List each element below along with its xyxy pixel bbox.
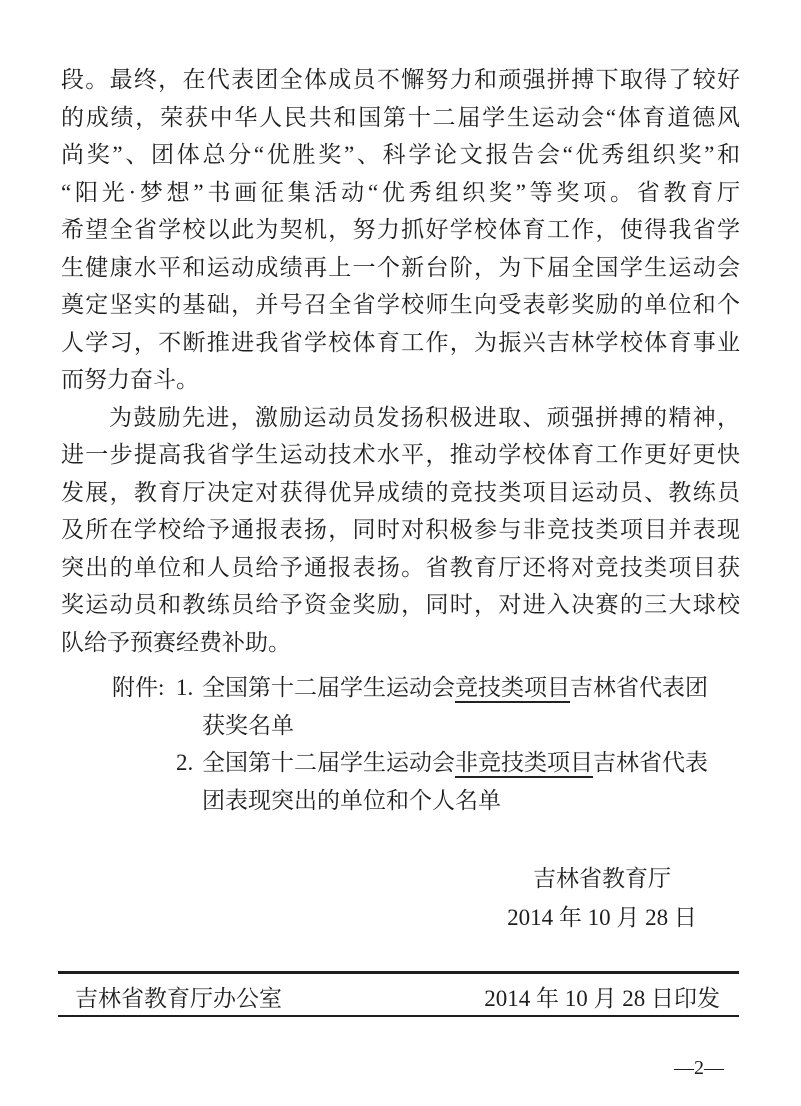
attachment-item-prefix: 全国第十二届学生运动会: [202, 750, 455, 775]
body-line: 突出的单位和人员给予通报表扬。省教育厅还将对竞技类项目获: [61, 549, 740, 587]
footer-office-name: 吉林省教育厅办公室: [58, 980, 282, 1013]
document-body: 段。最终，在代表团全体成员不懈努力和顽强拼搏下取得了较好 的成绩，荣获中华人民共…: [61, 61, 740, 937]
body-line: 进一步提高我省学生运动技术水平，推动学校体育工作更好更快: [61, 436, 740, 474]
footer-print-date: 2014 年 10 月 28 日印发: [484, 980, 739, 1013]
attachment-item-number: 2.: [176, 744, 202, 782]
underlined-text: 竞技类项目: [455, 675, 570, 703]
attachment-item-2-line-2: 团表现突出的单位和个人名单: [202, 782, 740, 820]
paragraph-1: 段。最终，在代表团全体成员不懈努力和顽强拼搏下取得了较好 的成绩，荣获中华人民共…: [61, 61, 740, 399]
attachment-label: 附件:: [112, 669, 176, 819]
footer-rule-bottom: [58, 1015, 739, 1017]
attachment-item-suffix: 吉林省代表: [593, 750, 708, 775]
attachment-item-2-line-1: 2. 全国第十二届学生运动会非竞技类项目吉林省代表: [176, 744, 740, 782]
signature-block: 吉林省教育厅 2014 年 10 月 28 日: [502, 859, 702, 937]
body-line: 希望全省学校以此为契机，努力抓好学校体育工作，使得我省学: [61, 211, 740, 249]
attachment-item-1: 1. 全国第十二届学生运动会竞技类项目吉林省代表团 获奖名单: [176, 669, 740, 744]
body-line: 的成绩，荣获中华人民共和国第十二届学生运动会“体育道德风: [61, 99, 740, 137]
signature-organization: 吉林省教育厅: [502, 859, 702, 898]
attachment-item-suffix: 吉林省代表团: [570, 675, 708, 700]
body-line: 奠定坚实的基础，并号召全省学校师生向受表彰奖励的单位和个: [61, 286, 740, 324]
body-line: 而努力奋斗。: [61, 361, 740, 399]
attachment-item-1-line-1: 1. 全国第十二届学生运动会竞技类项目吉林省代表团: [176, 669, 740, 707]
attachment-item-prefix: 全国第十二届学生运动会: [202, 675, 455, 700]
attachment-items: 1. 全国第十二届学生运动会竞技类项目吉林省代表团 获奖名单 2. 全国第十二届…: [176, 669, 740, 819]
body-line: 为鼓励先进，激励运动员发扬积极进取、顽强拼搏的精神，: [61, 399, 740, 437]
body-line: “阳光·梦想”书画征集活动“优秀组织奖”等奖项。省教育厅: [61, 174, 740, 212]
body-line: 奖运动员和教练员给予资金奖励，同时，对进入决赛的三大球校: [61, 586, 740, 624]
paragraph-2: 为鼓励先进，激励运动员发扬积极进取、顽强拼搏的精神， 进一步提高我省学生运动技术…: [61, 399, 740, 662]
attachment-item-2: 2. 全国第十二届学生运动会非竞技类项目吉林省代表 团表现突出的单位和个人名单: [176, 744, 740, 819]
body-line: 尚奖”、团体总分“优胜奖”、科学论文报告会“优秀组织奖”和: [61, 136, 740, 174]
footer-rule-top: [58, 971, 739, 974]
body-line: 队给予预赛经费补助。: [61, 624, 740, 662]
attachment-item-text: 全国第十二届学生运动会非竞技类项目吉林省代表: [202, 744, 708, 782]
footer-row: 吉林省教育厅办公室 2014 年 10 月 28 日印发: [58, 978, 739, 1014]
body-line: 生健康水平和运动成绩再上一个新台阶，为下届全国学生运动会: [61, 249, 740, 287]
attachment-list: 附件: 1. 全国第十二届学生运动会竞技类项目吉林省代表团 获奖名单 2. 全国…: [112, 669, 740, 819]
signature-date: 2014 年 10 月 28 日: [502, 898, 702, 937]
attachment-item-1-line-2: 获奖名单: [202, 707, 740, 745]
body-line: 发展，教育厅决定对获得优异成绩的竞技类项目运动员、教练员: [61, 474, 740, 512]
page-number: —2—: [674, 1056, 724, 1080]
attachment-item-number: 1.: [176, 669, 202, 707]
document-page: 段。最终，在代表团全体成员不懈努力和顽强拼搏下取得了较好 的成绩，荣获中华人民共…: [0, 0, 801, 1106]
attachment-item-text: 全国第十二届学生运动会竞技类项目吉林省代表团: [202, 669, 708, 707]
body-line: 人学习，不断推进我省学校体育工作，为振兴吉林学校体育事业: [61, 324, 740, 362]
body-line: 及所在学校给予通报表扬，同时对积极参与非竞技类项目并表现: [61, 511, 740, 549]
body-line: 段。最终，在代表团全体成员不懈努力和顽强拼搏下取得了较好: [61, 61, 740, 99]
underlined-text: 非竞技类项目: [455, 750, 593, 778]
